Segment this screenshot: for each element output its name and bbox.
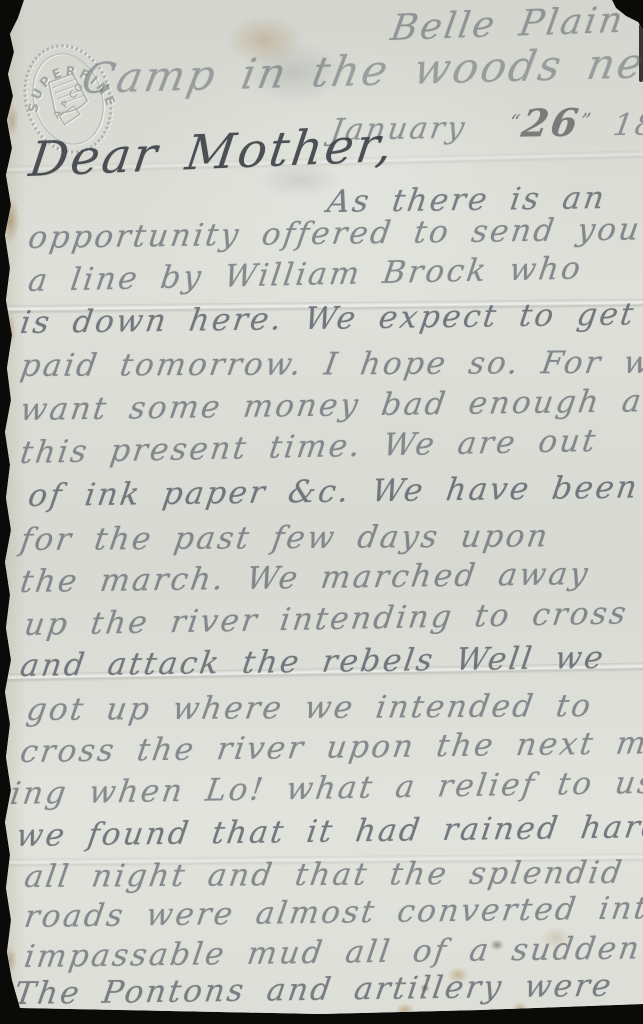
letter-paper: SUPERFINE A P CO Belle Plain Camp in the… xyxy=(0,0,643,1018)
date-day: 26 xyxy=(519,100,584,146)
handwriting-line: The Pontons and artillery were xyxy=(12,968,616,1012)
scanned-letter-page: SUPERFINE A P CO Belle Plain Camp in the… xyxy=(0,0,643,1024)
handwriting-line: this present time. We are out xyxy=(18,423,600,471)
handwriting-line: a line by William Brock who xyxy=(26,250,585,299)
handwriting-line: all night and that the splendid xyxy=(22,855,626,895)
handwriting-line: ing when Lo! what a relief to us xyxy=(8,765,643,812)
handwriting-line: and attack the rebels Well we xyxy=(18,640,608,684)
handwriting-line: for the past few days upon xyxy=(18,518,552,558)
handwriting-line: the march. We marched away xyxy=(18,556,592,600)
handwriting-line: paid tomorrow. I hope so. For we xyxy=(18,345,643,384)
handwriting-line: we found that it had rained hard xyxy=(14,809,643,854)
handwriting-line: roads were almost converted into xyxy=(22,890,643,935)
handwriting-line: up the river intending to cross xyxy=(22,595,630,643)
handwriting-line: of ink paper &c. We have been xyxy=(26,469,642,514)
handwriting-line: got up where we intended to xyxy=(24,688,595,728)
handwriting-line: is down here. We expect to get xyxy=(18,296,638,341)
date-year: 1863 xyxy=(611,107,643,144)
handwriting-line: cross the river upon the next morn xyxy=(18,724,643,770)
letter-heading-line: Camp in the woods near xyxy=(78,37,643,103)
handwriting-line: want some money bad enough at xyxy=(18,383,643,428)
handwriting-line: opportunity offered to send you xyxy=(26,211,643,256)
